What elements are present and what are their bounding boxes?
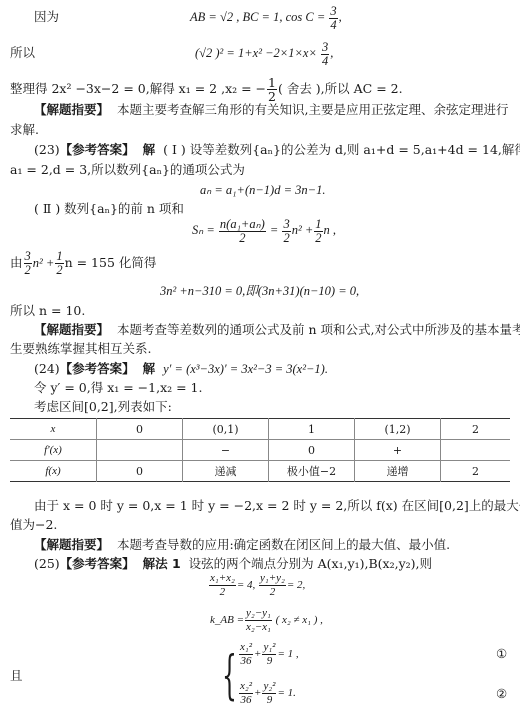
question-number: (23) [34, 142, 60, 157]
table-row: f′(x) − 0 + [10, 440, 510, 461]
frac-den: 2 [238, 232, 246, 245]
answer-label: 【参考答案】 [60, 142, 135, 157]
variation-table: x 0 (0,1) 1 (1,2) 2 f′(x) − 0 + f(x) 0 递… [10, 418, 510, 482]
q23-simplify: 由32n² +12n = 155 化简得 [10, 248, 156, 278]
frac-den: 9 [266, 694, 274, 707]
fraction: y₁+y₂2 [259, 572, 286, 599]
equation-marker-2: ② [496, 686, 507, 702]
tip-label: 【解题指要】 [34, 102, 109, 117]
text-solve-quadratic: 整理得 2x² −3x−2 = 0,解得 x₁ = 2 ,x₂ = −12( 舍… [10, 74, 403, 104]
text-and: 且 [10, 668, 23, 684]
fraction: 32 [282, 218, 290, 245]
slope-tail: ( x₂ ≠ x₁ ) , [276, 614, 323, 626]
math-given-text: AB = √2 , BC = 1, cos C = [190, 10, 325, 24]
frac-num: y₂² [262, 680, 276, 694]
plus: + [254, 687, 261, 699]
question-number: (24) [34, 361, 60, 376]
fraction: 12 [267, 76, 277, 103]
frac-den: 2 [314, 232, 322, 245]
tip-2: 【解题指要】 本题考查等差数列的通项公式及前 n 项和公式,对公式中所涉及的基本… [34, 322, 520, 338]
frac-num: 3 [329, 5, 337, 19]
frac-den: 2 [282, 232, 290, 245]
fraction: 12 [314, 218, 322, 245]
table-cell: 0 [269, 440, 355, 461]
question-number: (25) [34, 556, 60, 571]
frac-num: n(a₁+aₙ) [219, 218, 266, 232]
answer-label: 【参考答案】 [60, 361, 135, 376]
q23-text: ( Ⅰ ) 设等差数列{aₙ}的公差为 d,则 a₁+d = 5,a₁+4d =… [163, 142, 520, 157]
frac-den: 36 [240, 655, 253, 668]
frac-num: x₁² [239, 641, 253, 655]
fraction: y₂²9 [262, 680, 276, 707]
table-cell: (0,1) [183, 419, 269, 440]
frac-den: x₂−x₁ [245, 621, 272, 634]
table-cell: x [10, 419, 97, 440]
fraction: y₁²9 [262, 641, 276, 668]
q25-ellipse-eq-2: x₂²36+y₂²9= 1. [238, 676, 296, 710]
frac-num: y₁+y₂ [259, 572, 286, 586]
eq-tail: = 1. [277, 687, 295, 699]
frac-num: 3 [24, 250, 32, 264]
table-cell: 极小值−2 [269, 461, 355, 482]
table-cell [97, 440, 183, 461]
table-cell: 2 [441, 461, 511, 482]
tip-text: 本题主要考查解三角形的有关知识,主要是应用正弦定理、余弦定理进行 [117, 102, 508, 117]
frac-num: 3 [282, 218, 290, 232]
eq-tail: = 1 , [277, 648, 298, 660]
q25-text: 设弦的两个端点分别为 A(x₁,y₁),B(x₂,y₂),则 [189, 556, 432, 571]
frac-den: 9 [266, 655, 274, 668]
math-given: AB = √2 , BC = 1, cos C = 34, [190, 2, 342, 32]
simplify-mid: n² + [33, 256, 55, 270]
table-cell: − [183, 440, 269, 461]
punct: , [339, 10, 342, 24]
q24-header: (24)【参考答案】 解 y′ = (x³−3x)′ = 3x²−3 = 3(x… [34, 361, 328, 377]
fraction: 12 [55, 250, 63, 277]
table-cell: 2 [441, 419, 511, 440]
q24-interval: 考虑区间[0,2],列表如下: [34, 399, 172, 415]
q23-sum-formula: Sₙ = n(a₁+aₙ)2 = 32n² +12n , [192, 215, 336, 245]
frac-den: 36 [240, 694, 253, 707]
q23-result: 所以 n = 10. [10, 303, 85, 319]
frac-num: y₁² [262, 641, 276, 655]
fraction: x₁²36 [239, 641, 253, 668]
text-therefore: 所以 [10, 45, 35, 61]
table-cell: 0 [97, 419, 183, 440]
frac-num: x₁+x₂ [209, 572, 236, 586]
frac-den: 2 [55, 264, 63, 277]
method-label: 解法 1 [143, 556, 181, 571]
slope-lhs: k_AB = [210, 614, 244, 626]
text-solve-main: 整理得 2x² −3x−2 = 0,解得 x₁ = 2 ,x₂ = − [10, 81, 266, 96]
system-brace: { [222, 636, 237, 716]
frac-num: 3 [321, 41, 329, 55]
q25-slope: k_AB =y₂−y₁x₂−x₁ ( x₂ ≠ x₁ ) , [210, 605, 323, 635]
table-cell: 0 [97, 461, 183, 482]
sum-lhs: Sₙ = [192, 223, 215, 237]
solution-label: 解 [143, 361, 156, 376]
table-cell [441, 440, 511, 461]
frac-num: 1 [55, 250, 63, 264]
simplify-tail: n = 155 化简得 [65, 255, 157, 270]
table-row: x 0 (0,1) 1 (1,2) 2 [10, 419, 510, 440]
fraction: n(a₁+aₙ)2 [219, 218, 266, 245]
tip-text: 本题考查等差数列的通项公式及前 n 项和公式,对公式中所涉及的基本量考 [117, 322, 520, 337]
frac-den: 4 [321, 55, 329, 68]
tip-3: 【解题指要】 本题考查导数的应用:确定函数在闭区间上的最大值、最小值. [34, 537, 450, 553]
tip-1-cont: 求解. [10, 122, 39, 138]
sum-mid: n² + [292, 223, 314, 237]
fraction: 34 [329, 5, 337, 32]
sum-tail: n , [324, 223, 337, 237]
q23-part2: ( Ⅱ ) 数列{aₙ}的前 n 项和 [34, 201, 184, 217]
table-cell: (1,2) [355, 419, 441, 440]
equals: = [270, 223, 278, 237]
q24-conclusion-cont: 值为−2. [10, 517, 57, 533]
frac-den: 4 [329, 19, 337, 32]
q25-midpoint: x₁+x₂2= 4, y₁+y₂2= 2, [208, 570, 305, 600]
frac-num: x₂² [239, 680, 253, 694]
table-cell: 递减 [183, 461, 269, 482]
text-solve-tail: ( 舍去 ),所以 AC = 2. [278, 81, 403, 96]
q23-header: (23)【参考答案】 解 ( Ⅰ ) 设等差数列{aₙ}的公差为 d,则 a₁+… [34, 142, 520, 158]
midpoint-eq: = 2, [287, 579, 305, 591]
fraction: x₂²36 [239, 680, 253, 707]
tip-text: 本题考查导数的应用:确定函数在闭区间上的最大值、最小值. [117, 537, 450, 552]
equation-marker-1: ① [496, 646, 507, 662]
table-row: f(x) 0 递减 极小值−2 递增 2 [10, 461, 510, 482]
fraction: 34 [321, 41, 329, 68]
frac-den: 2 [269, 586, 277, 599]
table-cell: f(x) [10, 461, 97, 482]
q24-derivative: y′ = (x³−3x)′ = 3x²−3 = 3(x²−1). [163, 362, 328, 376]
midpoint-eq: = 4, [237, 579, 255, 591]
tip-2-cont: 生要熟练掌握其相互关系. [10, 341, 151, 357]
tip-label: 【解题指要】 [34, 537, 109, 552]
answer-label: 【参考答案】 [60, 556, 135, 571]
fraction: y₂−y₁x₂−x₁ [245, 607, 272, 634]
q23-equation: 3n² +n−310 = 0,即(3n+31)(n−10) = 0, [160, 283, 359, 299]
table-cell: + [355, 440, 441, 461]
q23-formula: aₙ = a₁+(n−1)d = 3n−1. [200, 182, 325, 198]
fraction: 32 [24, 250, 32, 277]
frac-num: y₂−y₁ [245, 607, 272, 621]
punct: , [330, 46, 333, 60]
text-by: 由 [10, 255, 23, 270]
math-cosine-law: (√2 )² = 1+x² −2×1×x× 34, [195, 38, 333, 68]
q23-cont: a₁ = 2,d = 3,所以数列{aₙ}的通项公式为 [10, 162, 245, 178]
frac-den: 2 [219, 586, 227, 599]
q24-critical-points: 令 y′ = 0,得 x₁ = −1,x₂ = 1. [34, 380, 202, 396]
fraction: x₁+x₂2 [209, 572, 236, 599]
tip-label: 【解题指要】 [34, 322, 109, 337]
table-cell: 1 [269, 419, 355, 440]
table-cell: f′(x) [10, 440, 97, 461]
q25-ellipse-eq-1: x₁²36+y₁²9= 1 , [238, 637, 299, 671]
tip-1: 【解题指要】 本题主要考查解三角形的有关知识,主要是应用正弦定理、余弦定理进行 [34, 102, 508, 118]
q24-conclusion: 由于 x = 0 时 y = 0,x = 1 时 y = −2,x = 2 时 … [34, 498, 520, 514]
solution-label: 解 [143, 142, 156, 157]
frac-num: 1 [314, 218, 322, 232]
plus: + [254, 648, 261, 660]
math-cosine-text: (√2 )² = 1+x² −2×1×x× [195, 46, 317, 60]
frac-num: 1 [267, 76, 277, 90]
table-cell: 递增 [355, 461, 441, 482]
frac-den: 2 [24, 264, 32, 277]
text-because: 因为 [34, 9, 59, 25]
